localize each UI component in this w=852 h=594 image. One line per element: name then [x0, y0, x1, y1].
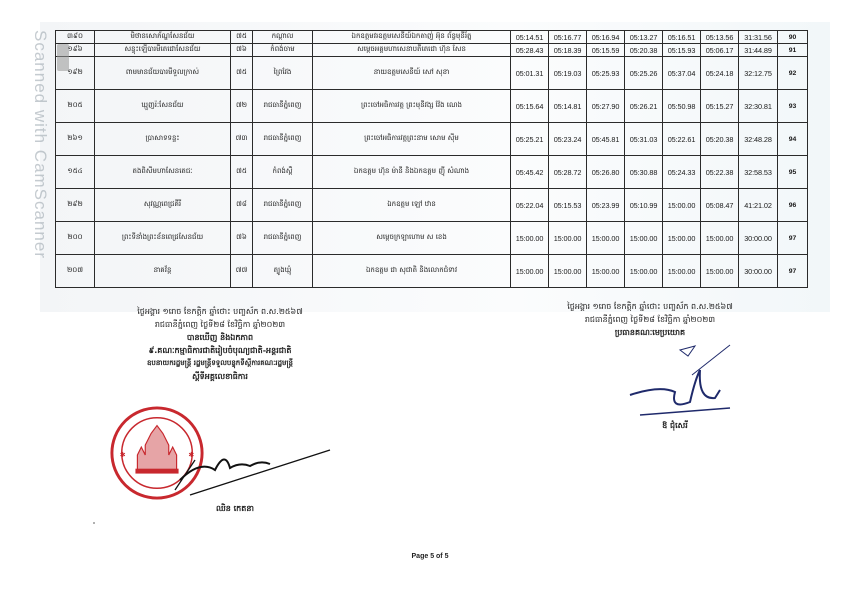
heat-time-4: 05:10.99	[625, 189, 663, 222]
page-number: Page 5 of 5	[380, 553, 480, 560]
heat-time-2: 05:19.03	[549, 57, 587, 90]
heat-time-4: 05:13.27	[625, 31, 663, 44]
watermark-logo	[57, 44, 69, 71]
horse-name: ប្រាសាទទន្ទះ	[95, 123, 231, 156]
province: រាជធានីភ្នំពេញ	[253, 123, 313, 156]
final-rank: 95	[778, 156, 808, 189]
heat-time-2: 15:00.00	[549, 255, 587, 288]
total-time: 32:48.28	[739, 123, 778, 156]
heat-time-4: 15:00.00	[625, 255, 663, 288]
right-date-solar: រាជធានីភ្នំពេញ ថ្ងៃទី២៨ ខែវិច្ឆិកា ឆ្នាំ…	[545, 313, 755, 326]
heat-time-2: 05:15.53	[549, 189, 587, 222]
heat-time-6: 15:00.00	[701, 255, 739, 288]
province: ព្រៃវែង	[253, 57, 313, 90]
right-signature-block: ថ្ងៃអង្គារ ១រោច ខែកត្តិក ឆ្នាំថោះ បញ្ចស័…	[545, 300, 755, 339]
table-row: ១៩៦សន្ទុះឡើបារមីតេជោសែនជ័យ៧៦កំពង់ចាមសម្ដ…	[56, 44, 808, 57]
horse-name: ពាមមានជ័យបារមីទួលក្រាស់	[95, 57, 231, 90]
left-date-solar: រាជធានីភ្នំពេញ ថ្ងៃទី២៨ ខែវិច្ឆិកា ឆ្នាំ…	[95, 318, 345, 331]
heat-time-4: 05:30.88	[625, 156, 663, 189]
province: រាជធានីភ្នំពេញ	[253, 90, 313, 123]
heat-time-2: 05:18.39	[549, 44, 587, 57]
horse-age: ៧៣	[231, 123, 253, 156]
total-time: 31:31.56	[739, 31, 778, 44]
heat-time-3: 05:26.80	[587, 156, 625, 189]
heat-time-5: 05:50.98	[663, 90, 701, 123]
heat-time-5: 05:37.04	[663, 57, 701, 90]
svg-text:✱: ✱	[120, 451, 126, 459]
left-title-2: ស្ដីទីអគ្គលេខាធិការ	[95, 370, 345, 383]
total-time: 30:00.00	[739, 255, 778, 288]
table-row: ២៦១ប្រាសាទទន្ទះ៧៣រាជធានីភ្នំពេញព្រះចៅអធិ…	[56, 123, 808, 156]
province: កំពង់ស្ពឺ	[253, 156, 313, 189]
left-signer-name: ឈិន កេតនា	[195, 503, 275, 515]
heat-time-3: 05:25.93	[587, 57, 625, 90]
heat-time-6: 05:20.38	[701, 123, 739, 156]
left-approval: បានឃើញ និងឯកភាព	[95, 331, 345, 344]
heat-time-2: 05:14.81	[549, 90, 587, 123]
heat-time-4: 05:25.26	[625, 57, 663, 90]
heat-time-2: 05:16.77	[549, 31, 587, 44]
final-rank: 97	[778, 222, 808, 255]
heat-time-1: 15:00.00	[511, 255, 549, 288]
horse-number: ១៥៤	[56, 156, 95, 189]
horse-name: ព្រះទីនាំងព្រះខ័នពេជ្រសែនជ័យ	[95, 222, 231, 255]
horse-name: សុវណ្ណពេជ្រគីរី	[95, 189, 231, 222]
heat-time-2: 05:23.24	[549, 123, 587, 156]
total-time: 32:58.53	[739, 156, 778, 189]
owner: ឯកឧត្តម ជា សុជាតិ និងលោកជំទាវ	[313, 255, 511, 288]
table-row: ២៩២សុវណ្ណពេជ្រគីរី៧៨រាជធានីភ្នំពេញឯកឧត្ត…	[56, 189, 808, 222]
owner: ឯកឧត្តម ឡៅ ឋាន	[313, 189, 511, 222]
horse-name: ឃ្មួញរ៉ៈសែនជ័យ	[95, 90, 231, 123]
owner: នាយឧត្តមសេនីយ៍ សៅ សុខា	[313, 57, 511, 90]
heat-time-2: 15:00.00	[549, 222, 587, 255]
right-signer-name: ឱ ជុំសេរី	[640, 420, 710, 432]
heat-time-1: 05:14.51	[511, 31, 549, 44]
scan-speck	[93, 522, 95, 524]
heat-time-5: 05:24.33	[663, 156, 701, 189]
total-time: 31:44.89	[739, 44, 778, 57]
heat-time-1: 05:15.64	[511, 90, 549, 123]
right-date-lunar: ថ្ងៃអង្គារ ១រោច ខែកត្តិក ឆ្នាំថោះ បញ្ចស័…	[545, 300, 755, 313]
table-row: ២០០ព្រះទីនាំងព្រះខ័នពេជ្រសែនជ័យ៧៦រាជធានី…	[56, 222, 808, 255]
province: ត្បូងឃ្មុំ	[253, 255, 313, 288]
heat-time-6: 05:22.38	[701, 156, 739, 189]
heat-time-3: 05:15.59	[587, 44, 625, 57]
horse-name: នាគវ័ន្ត	[95, 255, 231, 288]
owner: ព្រះចៅអធិការវត្ត ព្រះមុនីវង្ស វ៉ែង ណេង	[313, 90, 511, 123]
heat-time-5: 05:16.51	[663, 31, 701, 44]
horse-number: ២០៥	[56, 90, 95, 123]
horse-number: ២០៧	[56, 255, 95, 288]
heat-time-3: 15:00.00	[587, 222, 625, 255]
heat-time-5: 05:15.93	[663, 44, 701, 57]
heat-time-1: 05:25.21	[511, 123, 549, 156]
horse-name: មិថានសោភ័ណ្ឌសែនជ័យ	[95, 31, 231, 44]
left-handwritten-signature	[170, 440, 340, 500]
horse-number: ២៩២	[56, 189, 95, 222]
owner: ព្រះចៅអធិការវត្តព្រះនាម សោម ស៊ីម	[313, 123, 511, 156]
heat-time-1: 05:22.04	[511, 189, 549, 222]
horse-name: តងពិសីមហាសែនតេជៈ	[95, 156, 231, 189]
heat-time-1: 05:01.31	[511, 57, 549, 90]
right-handwritten-signature	[620, 340, 740, 430]
horse-age: ៧៦	[231, 222, 253, 255]
horse-age: ៧៨	[231, 189, 253, 222]
final-rank: 92	[778, 57, 808, 90]
table-row: ២០៧នាគវ័ន្ត៧៧ត្បូងឃ្មុំឯកឧត្តម ជា សុជាតិ…	[56, 255, 808, 288]
total-time: 30:00.00	[739, 222, 778, 255]
heat-time-3: 05:16.94	[587, 31, 625, 44]
heat-time-3: 15:00.00	[587, 255, 625, 288]
table-row: ៣៩០មិថានសោភ័ណ្ឌសែនជ័យ៧៥កណ្ដាលឯកឧត្តមវរឧត…	[56, 31, 808, 44]
heat-time-4: 15:00.00	[625, 222, 663, 255]
owner: សម្ដេចក្រឡាហោម ស ខេង	[313, 222, 511, 255]
province: កំពង់ចាម	[253, 44, 313, 57]
owner: ឯកឧត្តម ហ៊ុន ម៉ានី និងឯកឧត្តម ញ៉ី សំណាង	[313, 156, 511, 189]
horse-age: ៧២	[231, 90, 253, 123]
heat-time-1: 05:45.42	[511, 156, 549, 189]
total-time: 32:12.75	[739, 57, 778, 90]
heat-time-3: 05:27.90	[587, 90, 625, 123]
left-signature-block: ថ្ងៃអង្គារ ១រោច ខែកត្តិក ឆ្នាំថោះ បញ្ចស័…	[95, 305, 345, 383]
right-title: ប្រធានគណៈមេប្រយោគ	[545, 326, 755, 339]
heat-time-5: 15:00.00	[663, 255, 701, 288]
horse-age: ៧៥	[231, 31, 253, 44]
final-rank: 97	[778, 255, 808, 288]
heat-time-5: 15:00.00	[663, 222, 701, 255]
table-row: ១៩២ពាមមានជ័យបារមីទួលក្រាស់៧៥ព្រៃវែងនាយឧត…	[56, 57, 808, 90]
race-results-table: ៣៩០មិថានសោភ័ណ្ឌសែនជ័យ៧៥កណ្ដាលឯកឧត្តមវរឧត…	[55, 30, 808, 288]
heat-time-4: 05:31.03	[625, 123, 663, 156]
heat-time-3: 05:23.99	[587, 189, 625, 222]
total-time: 41:21.02	[739, 189, 778, 222]
left-date-lunar: ថ្ងៃអង្គារ ១រោច ខែកត្តិក ឆ្នាំថោះ បញ្ចស័…	[95, 305, 345, 318]
final-rank: 94	[778, 123, 808, 156]
horse-age: ៧៧	[231, 255, 253, 288]
final-rank: 91	[778, 44, 808, 57]
final-rank: 96	[778, 189, 808, 222]
horse-number: ៣៩០	[56, 31, 95, 44]
heat-time-3: 05:45.81	[587, 123, 625, 156]
left-title-1: ឧបនាយករដ្ឋមន្ត្រី រដ្ឋមន្ត្រីទទួលបន្ទុកទ…	[95, 357, 345, 370]
final-rank: 93	[778, 90, 808, 123]
heat-time-5: 05:22.61	[663, 123, 701, 156]
horse-age: ៧៥	[231, 57, 253, 90]
heat-time-6: 05:15.27	[701, 90, 739, 123]
horse-age: ៧៦	[231, 44, 253, 57]
left-committee: ៩.គណៈកម្មាធិការជាតិរៀបចំបុណ្យជាតិ-អន្តរជ…	[95, 344, 345, 357]
owner: ឯកឧត្តមវរឧត្តមសេនីយ៍ឯកតាញ់ អ៊ុន ព័ន្ធមុន…	[313, 31, 511, 44]
camscanner-watermark: Scanned with CamScanner	[30, 30, 50, 330]
heat-time-6: 05:24.18	[701, 57, 739, 90]
horse-age: ៧៥	[231, 156, 253, 189]
heat-time-1: 15:00.00	[511, 222, 549, 255]
province: រាជធានីភ្នំពេញ	[253, 222, 313, 255]
heat-time-6: 05:13.56	[701, 31, 739, 44]
heat-time-6: 05:06.17	[701, 44, 739, 57]
province: រាជធានីភ្នំពេញ	[253, 189, 313, 222]
owner: សម្ដេចអគ្គមហាសេនាបតីតេជោ ហ៊ុន សែន	[313, 44, 511, 57]
heat-time-1: 05:28.43	[511, 44, 549, 57]
province: កណ្ដាល	[253, 31, 313, 44]
heat-time-2: 05:28.72	[549, 156, 587, 189]
heat-time-6: 05:08.47	[701, 189, 739, 222]
heat-time-6: 15:00.00	[701, 222, 739, 255]
horse-number: ២០០	[56, 222, 95, 255]
table-row: ២០៥ឃ្មួញរ៉ៈសែនជ័យ៧២រាជធានីភ្នំពេញព្រះចៅអ…	[56, 90, 808, 123]
heat-time-5: 15:00.00	[663, 189, 701, 222]
table-row: ១៥៤តងពិសីមហាសែនតេជៈ៧៥កំពង់ស្ពឺឯកឧត្តម ហ៊…	[56, 156, 808, 189]
heat-time-4: 05:26.21	[625, 90, 663, 123]
final-rank: 90	[778, 31, 808, 44]
total-time: 32:30.81	[739, 90, 778, 123]
horse-name: សន្ទុះឡើបារមីតេជោសែនជ័យ	[95, 44, 231, 57]
heat-time-4: 05:20.38	[625, 44, 663, 57]
horse-number: ២៦១	[56, 123, 95, 156]
